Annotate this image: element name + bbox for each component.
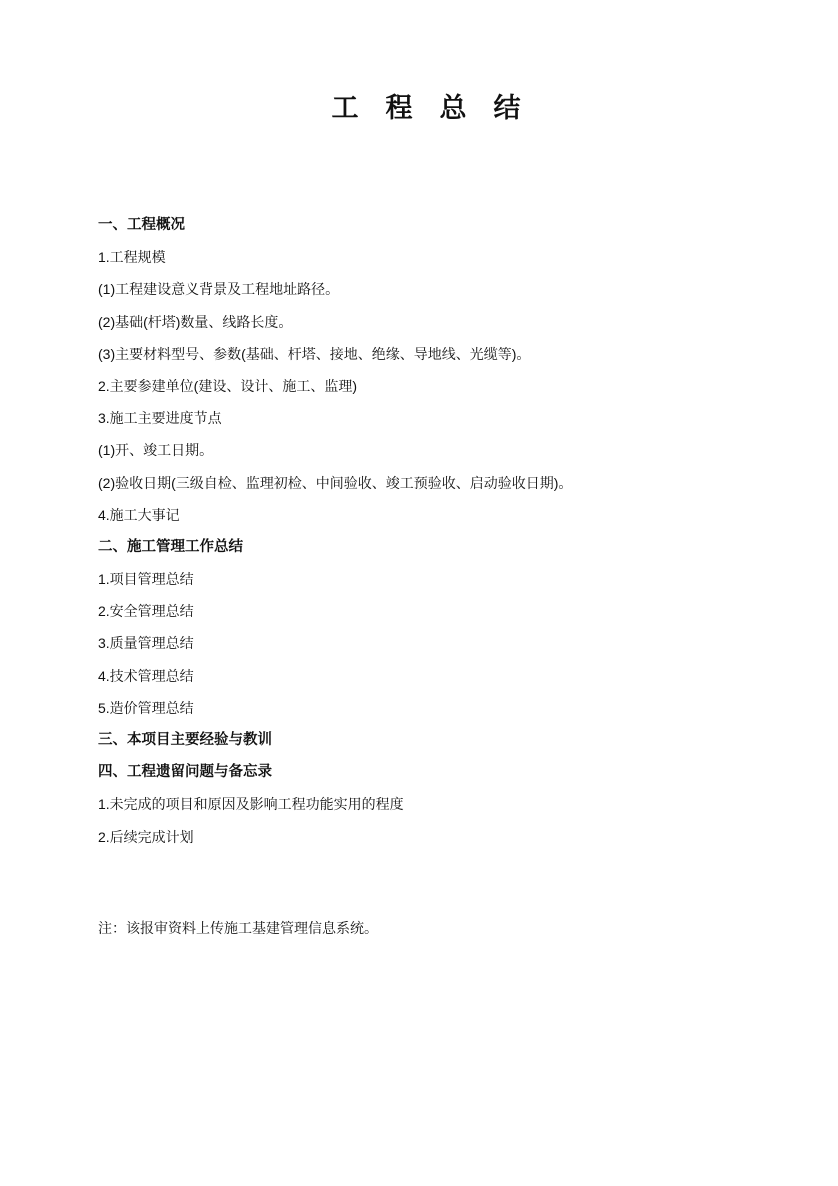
outline-item: 4.施工大事记 [98,499,748,531]
section-heading: 一、工程概况 [98,209,748,241]
outline-item: 1.未完成的项目和原因及影响工程功能实用的程度 [98,788,748,820]
document-page: 工 程 总 结 一、工程概况 1.工程规模 (1)工程建设意义背景及工程地址路径… [0,0,838,1186]
outline-item: 3.施工主要进度节点 [98,402,748,434]
outline-item: 2.安全管理总结 [98,595,748,627]
section-heading: 二、施工管理工作总结 [98,531,748,563]
section-heading: 四、工程遗留问题与备忘录 [98,756,748,788]
outline-item: 3.质量管理总结 [98,627,748,659]
outline-item: (1)开、竣工日期。 [98,434,748,466]
document-outline: 一、工程概况 1.工程规模 (1)工程建设意义背景及工程地址路径。 (2)基础(… [98,209,748,944]
note-line: 注：该报审资料上传施工基建管理信息系统。 [98,912,748,944]
outline-item: (2)基础(杆塔)数量、线路长度。 [98,306,748,338]
outline-item: (2)验收日期(三级自检、监理初检、中间验收、竣工预验收、启动验收日期)。 [98,467,748,499]
outline-item: 5.造价管理总结 [98,692,748,724]
document-title: 工 程 总 结 [0,93,838,124]
outline-item: 2.主要参建单位(建设、设计、施工、监理) [98,370,748,402]
section-heading: 三、本项目主要经验与教训 [98,724,748,756]
outline-item: 1.工程规模 [98,241,748,273]
outline-item: 2.后续完成计划 [98,821,748,853]
outline-item: (1)工程建设意义背景及工程地址路径。 [98,273,748,305]
outline-item: 1.项目管理总结 [98,563,748,595]
outline-item: 4.技术管理总结 [98,660,748,692]
outline-item: (3)主要材料型号、参数(基础、杆塔、接地、绝缘、导地线、光缆等)。 [98,338,748,370]
